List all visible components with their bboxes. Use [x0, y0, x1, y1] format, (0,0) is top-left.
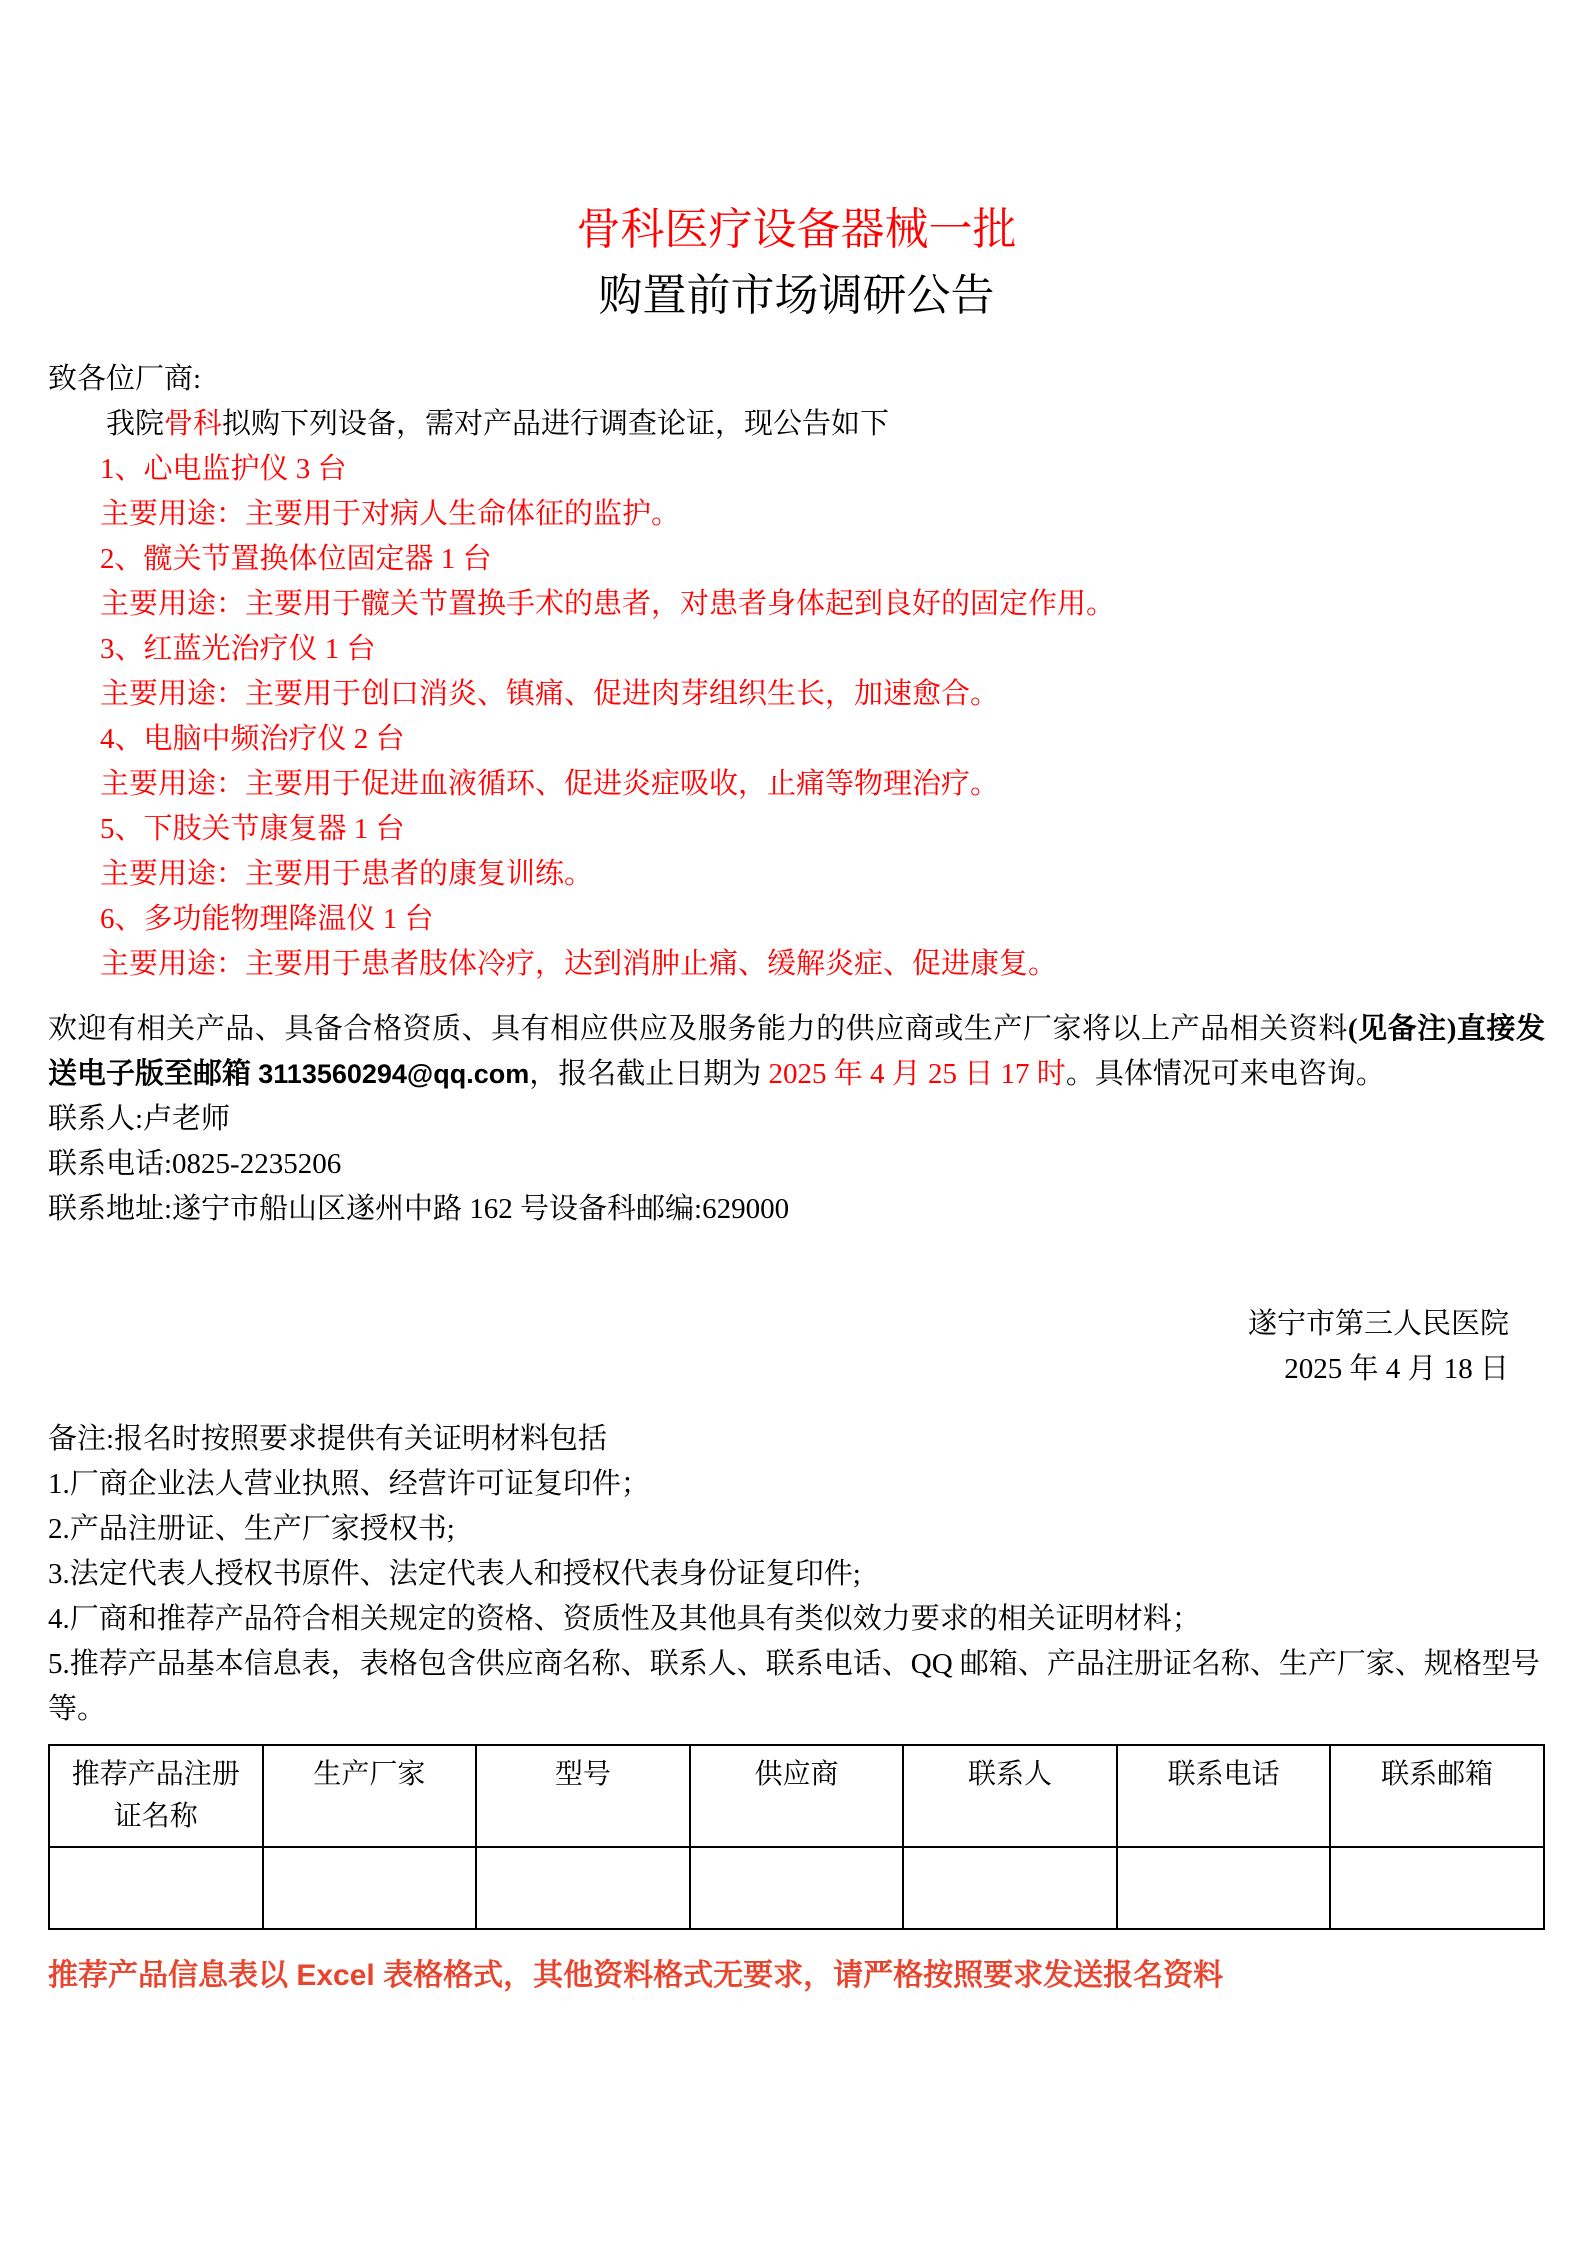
- table-header-contact-phone: 联系电话: [1117, 1745, 1331, 1847]
- equipment-item-2-name: 2、髋关节置换体位固定器 1 台: [48, 537, 1545, 582]
- equipment-item-1-usage: 主要用途：主要用于对病人生命体征的监护。: [48, 492, 1545, 537]
- notes-heading: 备注:报名时按照要求提供有关证明材料包括: [48, 1417, 1545, 1462]
- table-header-model: 型号: [476, 1745, 690, 1847]
- table-empty-cell-2: [263, 1847, 477, 1929]
- intro-line: 我院骨科拟购下列设备，需对产品进行调查论证，现公告如下: [48, 402, 1545, 447]
- table-empty-cell-6: [1117, 1847, 1331, 1929]
- table-empty-cell-7: [1330, 1847, 1544, 1929]
- equipment-item-2-usage: 主要用途：主要用于髋关节置换手术的患者，对患者身体起到良好的固定作用。: [48, 582, 1545, 627]
- invitation-text-1: 欢迎有相关产品、具备合格资质、具有相应供应及服务能力的供应商或生产厂家将以上产品…: [48, 1013, 1348, 1045]
- table-empty-cell-4: [690, 1847, 904, 1929]
- signature-org: 遂宁市第三人民医院: [48, 1302, 1509, 1347]
- contact-address: 联系地址:遂宁市船山区遂州中路 162 号设备科邮编:629000: [48, 1187, 1545, 1232]
- product-info-table: 推荐产品注册证名称 生产厂家 型号 供应商 联系人 联系电话 联系邮箱: [48, 1744, 1545, 1930]
- footer-warning: 推荐产品信息表以 Excel 表格格式，其他资料格式无要求，请严格按照要求发送报…: [48, 1956, 1545, 1996]
- contact-email: 3113560294@qq.com: [258, 1059, 529, 1089]
- document-title-line1: 骨科医疗设备器械一批: [48, 205, 1545, 255]
- equipment-item-3-name: 3、红蓝光治疗仪 1 台: [48, 627, 1545, 672]
- table-empty-cell-1: [49, 1847, 263, 1929]
- equipment-item-5-name: 5、下肢关节康复器 1 台: [48, 807, 1545, 852]
- salutation: 致各位厂商:: [48, 357, 1545, 402]
- table-header-manufacturer: 生产厂家: [263, 1745, 477, 1847]
- equipment-item-6-usage: 主要用途：主要用于患者肢体冷疗，达到消肿止痛、缓解炎症、促进康复。: [48, 942, 1545, 987]
- invitation-text-3: 。具体情况可来电咨询。: [1066, 1058, 1385, 1090]
- equipment-item-6-name: 6、多功能物理降温仪 1 台: [48, 897, 1545, 942]
- intro-suffix: 拟购下列设备，需对产品进行调查论证，现公告如下: [222, 408, 889, 440]
- invitation-paragraph: 欢迎有相关产品、具备合格资质、具有相应供应及服务能力的供应商或生产厂家将以上产品…: [48, 1007, 1545, 1097]
- table-empty-cell-5: [903, 1847, 1117, 1929]
- contact-person: 联系人:卢老师: [48, 1097, 1545, 1142]
- equipment-list: 1、心电监护仪 3 台 主要用途：主要用于对病人生命体征的监护。 2、髋关节置换…: [48, 447, 1545, 987]
- equipment-item-3-usage: 主要用途：主要用于创口消炎、镇痛、促进肉芽组织生长，加速愈合。: [48, 672, 1545, 717]
- document-page: 骨科医疗设备器械一批 购置前市场调研公告 致各位厂商: 我院骨科拟购下列设备，需…: [0, 0, 1587, 2245]
- note-item-5: 5.推荐产品基本信息表，表格包含供应商名称、联系人、联系电话、QQ 邮箱、产品注…: [48, 1642, 1545, 1732]
- intro-department: 骨科: [164, 408, 222, 440]
- signature-block: 遂宁市第三人民医院 2025 年 4 月 18 日: [48, 1302, 1545, 1392]
- notes-section: 备注:报名时按照要求提供有关证明材料包括 1.厂商企业法人营业执照、经营许可证复…: [48, 1417, 1545, 1732]
- table-header-supplier: 供应商: [690, 1745, 904, 1847]
- equipment-item-5-usage: 主要用途：主要用于患者的康复训练。: [48, 852, 1545, 897]
- equipment-item-1-name: 1、心电监护仪 3 台: [48, 447, 1545, 492]
- table-header-contact-person: 联系人: [903, 1745, 1117, 1847]
- deadline-text: 2025 年 4 月 25 日 17 时: [769, 1058, 1066, 1090]
- table-header-contact-email: 联系邮箱: [1330, 1745, 1544, 1847]
- table-header-product-reg-name: 推荐产品注册证名称: [49, 1745, 263, 1847]
- intro-prefix: 我院: [106, 408, 164, 440]
- invitation-text-2: ，报名截止日期为: [529, 1058, 768, 1090]
- note-item-4: 4.厂商和推荐产品符合相关规定的资格、资质性及其他具有类似效力要求的相关证明材料…: [48, 1597, 1545, 1642]
- product-table-header-row: 推荐产品注册证名称 生产厂家 型号 供应商 联系人 联系电话 联系邮箱: [49, 1745, 1544, 1847]
- table-empty-cell-3: [476, 1847, 690, 1929]
- signature-date: 2025 年 4 月 18 日: [48, 1347, 1509, 1392]
- note-item-2: 2.产品注册证、生产厂家授权书;: [48, 1507, 1545, 1552]
- contact-phone: 联系电话:0825-2235206: [48, 1142, 1545, 1187]
- equipment-item-4-usage: 主要用途：主要用于促进血液循环、促进炎症吸收，止痛等物理治疗。: [48, 762, 1545, 807]
- document-title-line2: 购置前市场调研公告: [48, 271, 1545, 321]
- note-item-3: 3.法定代表人授权书原件、法定代表人和授权代表身份证复印件;: [48, 1552, 1545, 1597]
- note-item-1: 1.厂商企业法人营业执照、经营许可证复印件；: [48, 1462, 1545, 1507]
- equipment-item-4-name: 4、电脑中频治疗仪 2 台: [48, 717, 1545, 762]
- table-empty-row: [49, 1847, 1544, 1929]
